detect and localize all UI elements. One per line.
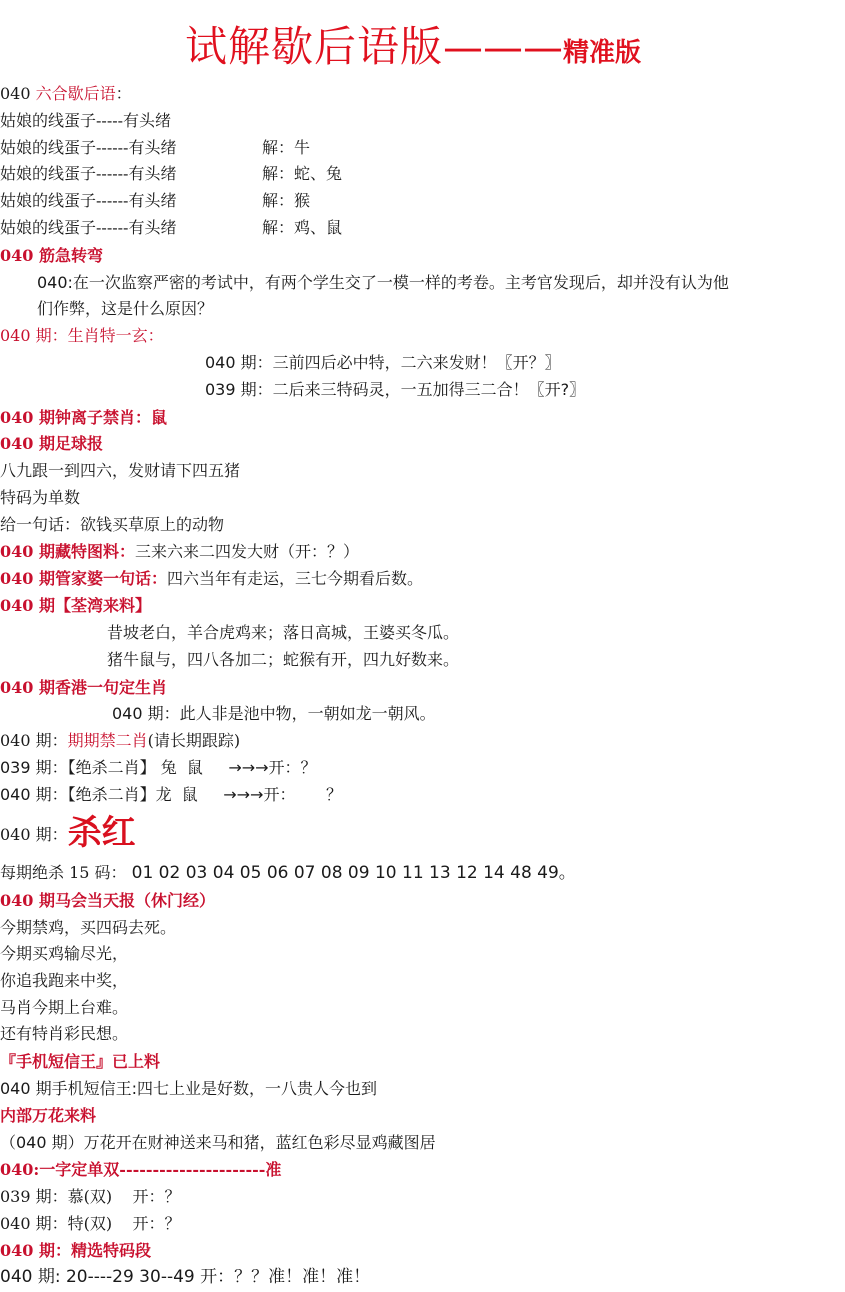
riddle-answer: 解：牛 bbox=[262, 137, 310, 159]
mahui-line: 马肖今期上台难。 bbox=[0, 997, 128, 1019]
section-qiqi-heading: 040 期：期期禁二肖(请长期跟踪) bbox=[0, 730, 240, 752]
title-main: 试解歇后语版 bbox=[185, 22, 443, 71]
page-title: 试解歇后语版———精准版 bbox=[185, 14, 641, 74]
riddle-row: 姑娘的线蛋子------有头绪解：猴 bbox=[0, 190, 176, 212]
football-line: 给一句话：欲钱买草原上的动物 bbox=[0, 514, 224, 536]
riddle-answer: 解：鸡、鼠 bbox=[262, 217, 342, 239]
temaduan-line: 040 期: 20----29 30--49 开：？？准！准！准！ bbox=[0, 1266, 370, 1288]
quanwan-line-1: 昔坡老白，羊合虎鸡来；落日高城，王婆买冬瓜。 bbox=[107, 622, 459, 644]
riddle-row: 姑娘的线蛋子-----有头绪 bbox=[0, 110, 171, 132]
danshuang-line-040: 040 期：特(双) 开：？ bbox=[0, 1213, 180, 1235]
section-zodiac-heading: 040 期：生肖特一玄： bbox=[0, 325, 164, 347]
jueshai-line-040: 040 期：【绝杀二肖】龙 鼠 →→→开： ？ bbox=[0, 784, 342, 806]
title-dashes: ——— bbox=[443, 25, 563, 71]
hongkong-line: 040 期：此人非是池中物，一朝如龙一朝风。 bbox=[112, 703, 436, 725]
zodiac-line-040: 040 期：三前四后必中特，二六来发财！〖开？〗 bbox=[205, 352, 561, 374]
section-mahui-heading: 040 期马会当天报（休门经） bbox=[0, 890, 215, 912]
sms-line: 040 期手机短信王:四七上业是好数，一八贵人今也到 bbox=[0, 1078, 377, 1100]
section-shahong: 040 期：杀红 bbox=[0, 822, 136, 846]
section-brainteaser-heading: 040 筋急转弯 bbox=[0, 245, 103, 267]
riddle-row: 姑娘的线蛋子------有头绪解：蛇、兔 bbox=[0, 163, 176, 185]
shahong-label: 杀红 bbox=[68, 813, 136, 853]
riddle-answer: 解：蛇、兔 bbox=[262, 163, 342, 185]
quanwan-line-2: 猪牛鼠与，四八各加二；蛇猴有开，四九好数来。 bbox=[107, 649, 459, 671]
section-football-heading: 040 期足球报 bbox=[0, 433, 103, 455]
zodiac-line-039: 039 期：二后来三特码灵，一五加得三二合！〖开?〗 bbox=[205, 379, 585, 401]
danshuang-line-039: 039 期：慕(双) 开：？ bbox=[0, 1186, 180, 1208]
section-zhongli-heading: 040 期钟离子禁肖：鼠 bbox=[0, 407, 167, 429]
mahui-line: 你追我跑来中奖， bbox=[0, 970, 128, 992]
riddle-row: 姑娘的线蛋子------有头绪解：鸡、鼠 bbox=[0, 217, 176, 239]
section-danshuang-heading: 040:一字定单双----------------------准 bbox=[0, 1159, 281, 1181]
riddle-answer: 解：猴 bbox=[262, 190, 310, 212]
section-cangte: 040 期藏特图料：三来六来二四发大财（开：？） bbox=[0, 541, 359, 563]
section-wanhua-heading: 内部万花来料 bbox=[0, 1105, 96, 1127]
wanhua-line: （040 期）万花开在财神送来马和猪，蓝红色彩尽显鸡藏图居 bbox=[0, 1132, 436, 1154]
mahui-line: 今期买鸡输尽光， bbox=[0, 943, 128, 965]
jueshai-line-039: 039 期：【绝杀二肖】 兔 鼠 →→→开：？ bbox=[0, 757, 317, 779]
brainteaser-text-1: 040:在一次监察严密的考试中，有两个学生交了一模一样的考卷。主考官发现后，却并… bbox=[37, 272, 729, 294]
section-temaduan-heading: 040 期：精选特码段 bbox=[0, 1240, 151, 1262]
section-kill-numbers: 每期绝杀 15 码： 01 02 03 04 05 06 07 08 09 10… bbox=[0, 862, 576, 884]
section-hongkong-heading: 040 期香港一句定生肖 bbox=[0, 677, 167, 699]
title-sub: 精准版 bbox=[563, 38, 641, 68]
mahui-line: 还有特肖彩民想。 bbox=[0, 1023, 128, 1045]
section-liuhe-heading: 040 六合歇后语： bbox=[0, 83, 132, 105]
brainteaser-text-2: 们作弊，这是什么原因？ bbox=[37, 298, 213, 320]
mahui-line: 今期禁鸡，买四码去死。 bbox=[0, 917, 176, 939]
football-line: 特码为单数 bbox=[0, 487, 80, 509]
section-quanwan-heading: 040 期【荃湾来料】 bbox=[0, 595, 151, 617]
kill-numbers: 01 02 03 04 05 06 07 08 09 10 11 13 12 1… bbox=[132, 863, 576, 883]
section-guanjiapo: 040 期管家婆一句话：四六当年有走运，三七今期看后数。 bbox=[0, 568, 423, 590]
football-line: 八九跟一到四六，发财请下四五猪 bbox=[0, 460, 240, 482]
riddle-row: 姑娘的线蛋子------有头绪解：牛 bbox=[0, 137, 176, 159]
section-sms-heading: 『手机短信王』已上料 bbox=[0, 1051, 160, 1073]
